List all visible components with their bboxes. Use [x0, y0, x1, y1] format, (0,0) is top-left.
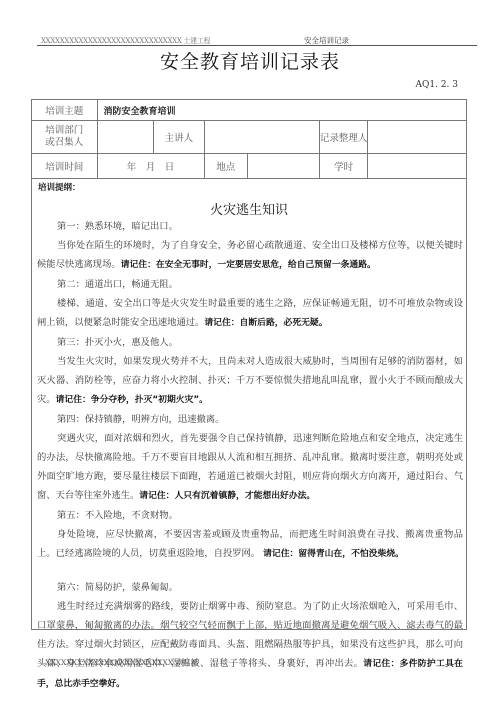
lecturer-value[interactable] [204, 121, 319, 154]
page-title: 安全教育培训记录表 [0, 47, 500, 74]
topic-label: 培训主题 [32, 100, 98, 121]
form-code: AQ1. 2. 3 [416, 80, 459, 90]
location-label: 地点 [204, 154, 248, 179]
training-info-table: 培训主题 消防安全教育培训 培训部门 或召集人 主讲人 记录整理人 培训时间 年… [31, 99, 467, 179]
remember-note: 请记住：自断后路，必死无疑。 [204, 318, 327, 328]
row-dept: 培训部门 或召集人 主讲人 记录整理人 [32, 121, 467, 154]
item-heading: 第四：保持镇静，明辨方向，迅速撤离。 [37, 410, 463, 429]
remember-note: 请记住：在安全无事时，一定要居安思危，给自己预留一条通路。 [121, 260, 376, 270]
date-value[interactable]: 年 月 日 [97, 154, 204, 179]
training-outline-box: 培训提纲： 火灾逃生知识 第一：熟悉环境，暗记出口。 当你处在陌生的环境时，为了… [31, 177, 467, 630]
dept-label: 培训部门 或召集人 [32, 121, 98, 154]
item-paragraph: 当你处在陌生的环境时，为了自身安全，务必留心疏散通道、安全出口及楼梯方位等，以便… [37, 236, 463, 275]
item-heading: 第六：简易防护，蒙鼻匍匐。 [37, 578, 463, 597]
item-heading: 第三：扑灭小火，惠及他人。 [37, 333, 463, 352]
hours-value[interactable] [368, 154, 467, 179]
section-title: 火灾逃生知识 [32, 199, 466, 218]
item-paragraph: 突遇火灾，面对浓烟和烈火，首先要强令自己保持镇静，迅速判断危险地点和安全地点，决… [37, 429, 463, 506]
remember-note: 请记住：争分夺秒，扑灭“初期火灾”。 [56, 395, 208, 405]
remember-note: 请记住：人只有沉着镇静，才能想出好办法。 [139, 491, 315, 501]
dept-value[interactable] [97, 121, 154, 154]
outline-label: 培训提纲： [38, 181, 81, 193]
item-paragraph: 逃生时经过充满烟雾的路线，要防止烟雾中毒、预防窒息。为了防止火场浓烟呛入，可采用… [37, 597, 463, 694]
header-doc-type: 安全培训记录 [304, 35, 349, 46]
remember-note: 请记住：留得青山在，不怕没柴烧。 [263, 549, 404, 559]
row-topic: 培训主题 消防安全教育培训 [32, 100, 467, 121]
recorder-value[interactable] [368, 121, 467, 154]
item-heading: 第一：熟悉环境，暗记出口。 [37, 217, 463, 236]
time-label: 培训时间 [32, 154, 98, 179]
item-heading: 第五：不入险地，不贪财物。 [37, 506, 463, 525]
hours-label: 学时 [319, 154, 368, 179]
item-heading: 第二：通道出口，畅通无阻。 [37, 275, 463, 294]
item-paragraph: 身处险境，应尽快撤离，不要因害羞或顾及贵重物品，而把逃生时间浪费在寻找、搬离贵重… [37, 525, 463, 564]
item-paragraph: 当发生火灾时，如果发现火势并不大，且尚未对人造成很大威胁时，当周围有足够的消防器… [37, 352, 463, 410]
page-header: XXXXXXXXXXXXXXXXXXXXXXXXXXXXXX 土建工程 安全培训… [37, 34, 477, 46]
topic-value[interactable]: 消防安全教育培训 [97, 100, 467, 121]
outline-content: 第一：熟悉环境，暗记出口。 当你处在陌生的环境时，为了自身安全，务必留心疏散通道… [37, 217, 463, 694]
recorder-label: 记录整理人 [319, 121, 368, 154]
location-value[interactable] [248, 154, 320, 179]
header-company: XXXXXXXXXXXXXXXXXXXXXXXXXXXXXX 土建工程 [41, 36, 210, 46]
page-footer: XXXXXXXXXXXXXXXXXXXXXXXX 项目部 [45, 657, 198, 668]
item-paragraph: 楼梯、通道、安全出口等是火灾发生时最重要的逃生之路，应保证畅通无阻，切不可堆放杂… [37, 294, 463, 333]
lecturer-label: 主讲人 [154, 121, 204, 154]
row-time: 培训时间 年 月 日 地点 学时 [32, 154, 467, 179]
